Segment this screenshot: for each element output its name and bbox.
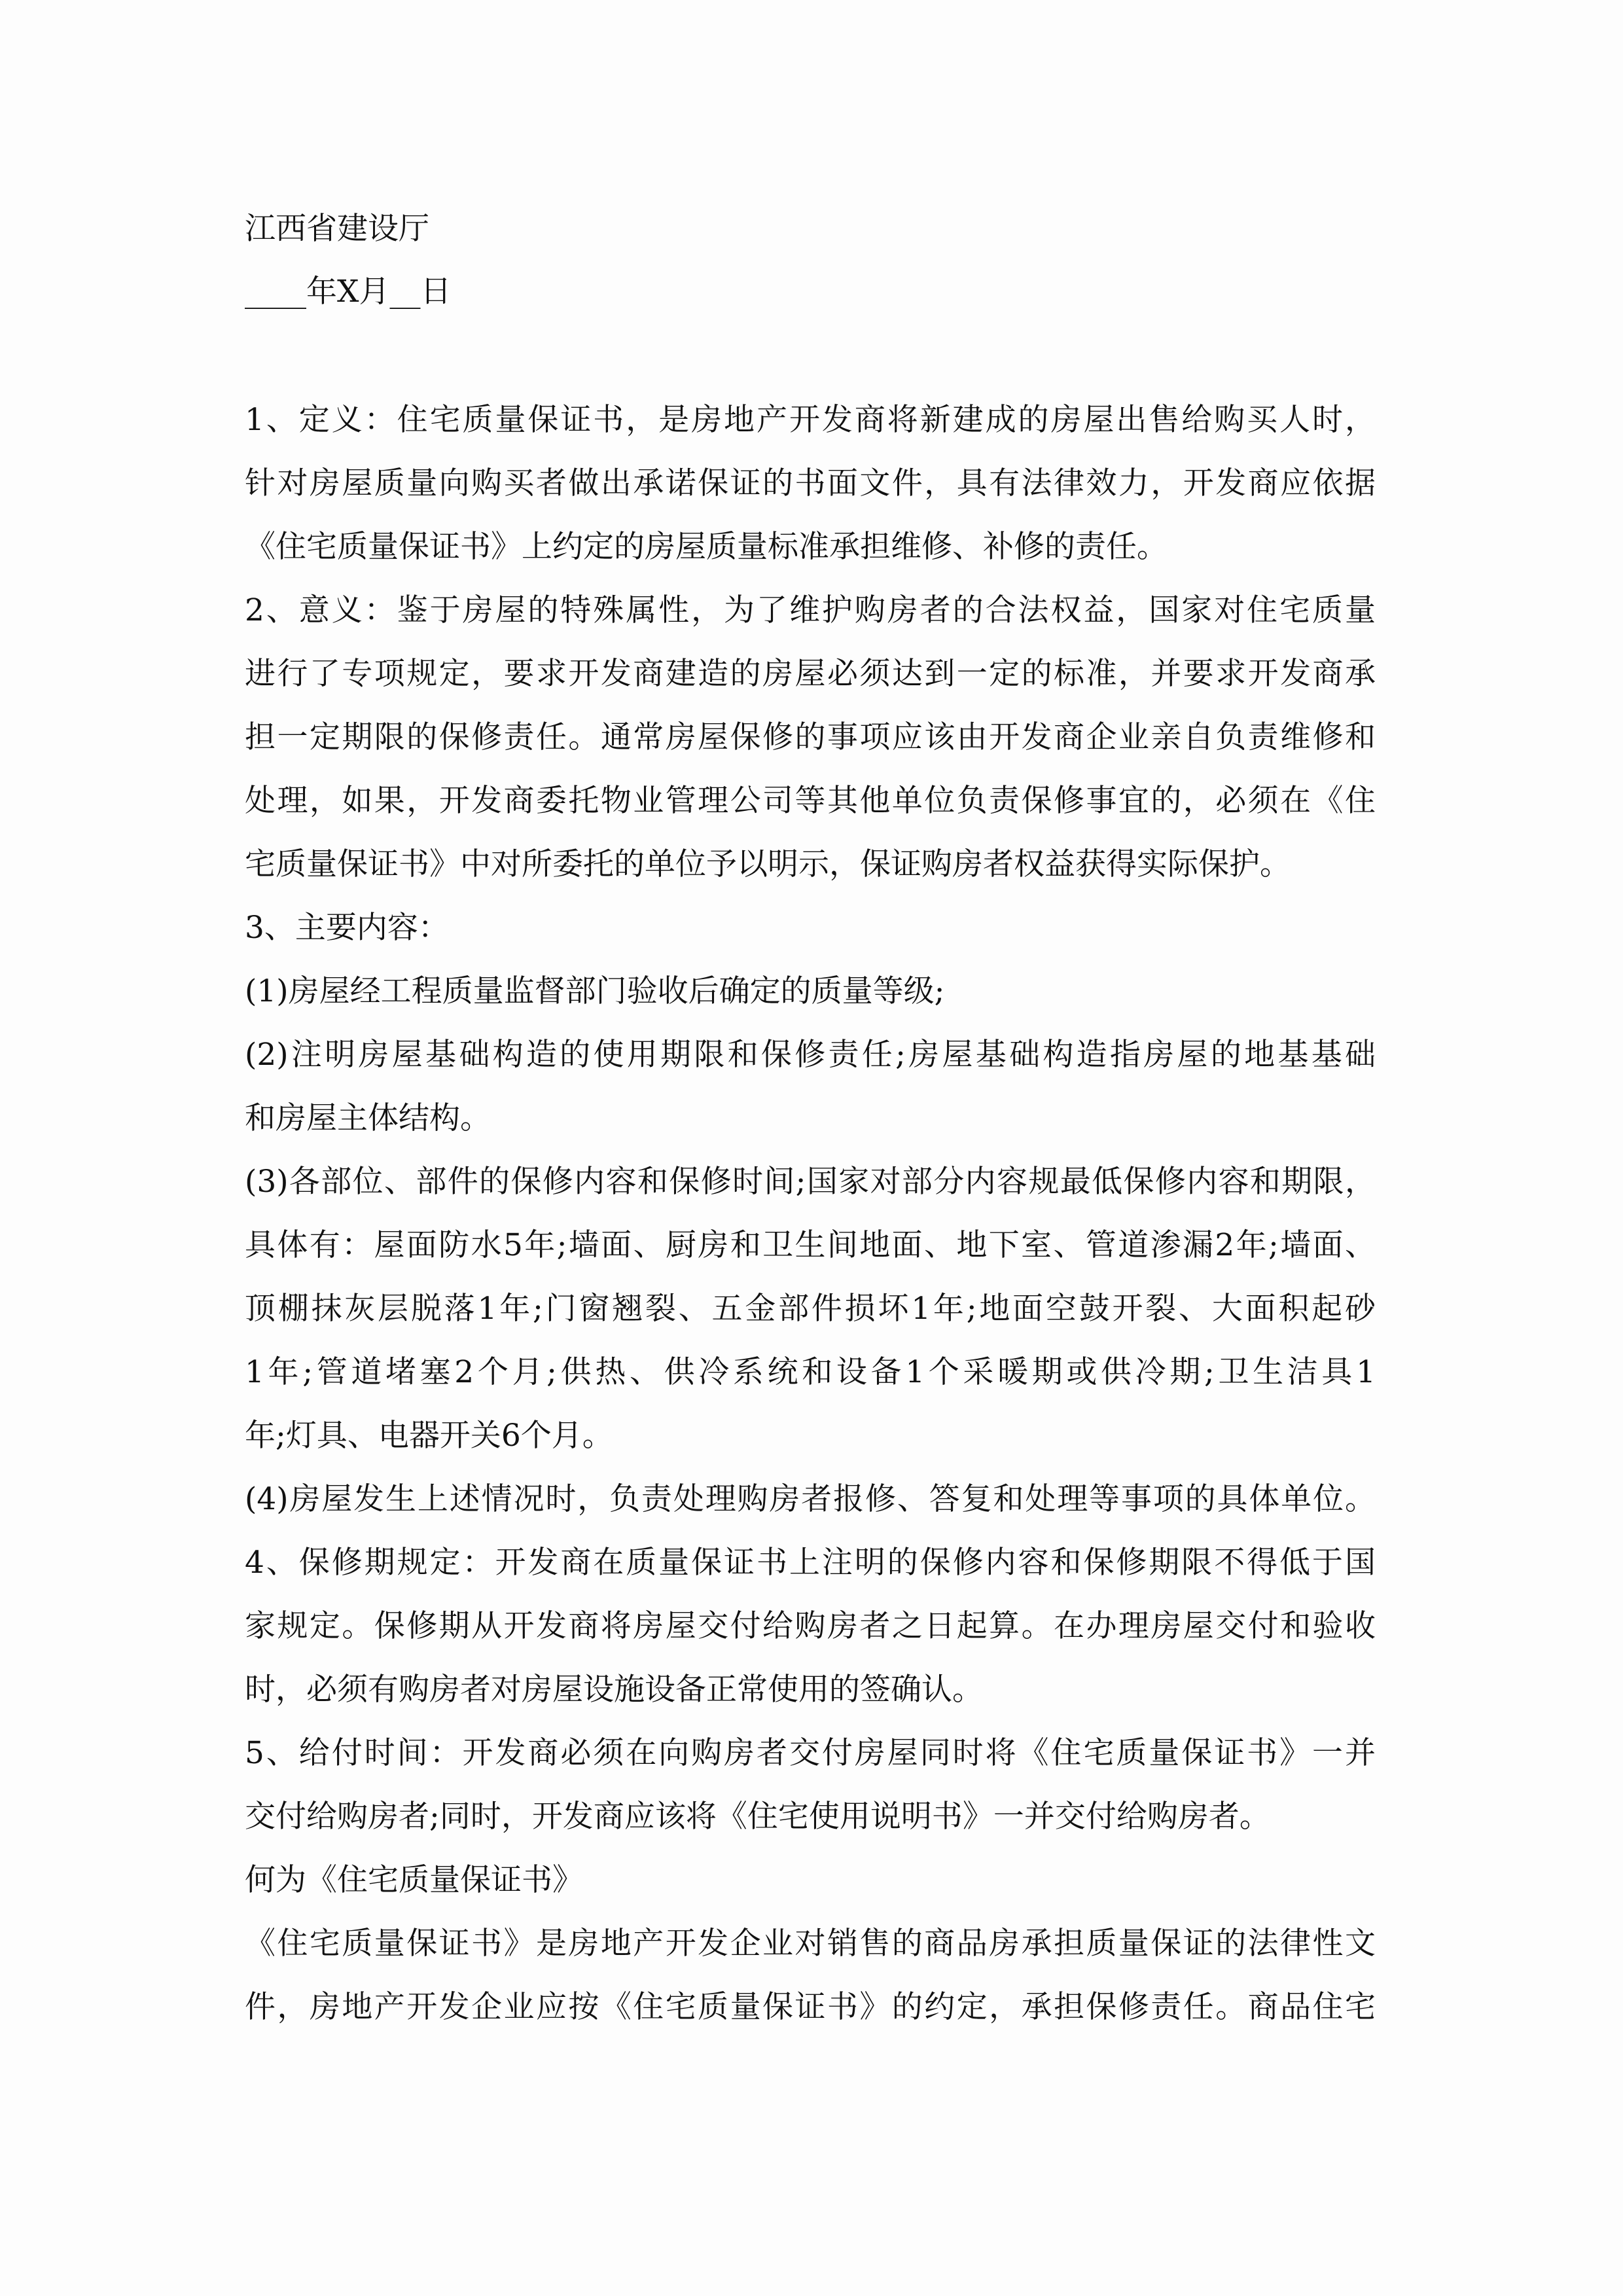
definition-line-2: 针对房屋质量向购买者做出承诺保证的书面文件，具有法律效力，开发商应依据	[245, 465, 1376, 502]
warranty-period-line-1: 4、保修期规定：开发商在质量保证书上注明的保修内容和保修期限不得低于国	[245, 1545, 1376, 1581]
significance-line-1: 2、意义：鉴于房屋的特殊属性，为了维护购房者的合法权益，国家对住宅质量	[245, 592, 1376, 629]
main-content-item-2-line-2: 和房屋主体结构。	[245, 1100, 491, 1137]
significance-line-5: 宅质量保证书》中对所委托的单位予以明示，保证购房者权益获得实际保护。	[245, 846, 1291, 883]
date-line: ____年X月__日	[245, 274, 451, 310]
main-content-item-3-line-4: 1年;管道堵塞2个月;供热、供冷系统和设备1个采暖期或供冷期;卫生洁具1	[245, 1354, 1376, 1391]
what-is-line-2: 件，房地产开发企业应按《住宅质量保证书》的约定，承担保修责任。商品住宅	[245, 1989, 1376, 2026]
definition-line-3: 《住宅质量保证书》上约定的房屋质量标准承担维修、补修的责任。	[245, 529, 1168, 565]
warranty-period-line-3: 时，必须有购房者对房屋设施设备正常使用的签确认。	[245, 1672, 983, 1708]
what-is-heading: 何为《住宅质量保证书》	[245, 1862, 583, 1899]
document-page: 江西省建设厅 ____年X月__日 1、定义：住宅质量保证书，是房地产开发商将新…	[0, 0, 1623, 2296]
main-content-item-2-line-1: (2)注明房屋基础构造的使用期限和保修责任;房屋基础构造指房屋的地基基础	[245, 1037, 1376, 1073]
main-content-item-3-line-3: 顶棚抹灰层脱落1年;门窗翘裂、五金部件损坏1年;地面空鼓开裂、大面积起砂	[245, 1291, 1376, 1327]
significance-line-3: 担一定期限的保修责任。通常房屋保修的事项应该由开发商企业亲自负责维修和	[245, 719, 1376, 756]
main-content-item-3-line-1: (3)各部位、部件的保修内容和保修时间;国家对部分内容规最低保修内容和期限，	[245, 1164, 1376, 1200]
main-content-item-3-line-5: 年;灯具、电器开关6个月。	[245, 1418, 613, 1454]
significance-line-2: 进行了专项规定，要求开发商建造的房屋必须达到一定的标准，并要求开发商承	[245, 656, 1376, 692]
main-content-heading: 3、主要内容：	[245, 910, 449, 946]
definition-line-1: 1、定义：住宅质量保证书，是房地产开发商将新建成的房屋出售给购买人时，	[245, 402, 1376, 439]
warranty-period-line-2: 家规定。保修期从开发商将房屋交付给购房者之日起算。在办理房屋交付和验收	[245, 1608, 1376, 1645]
main-content-item-3-line-2: 具体有：屋面防水5年;墙面、厨房和卫生间地面、地下室、管道渗漏2年;墙面、	[245, 1227, 1376, 1264]
significance-line-4: 处理，如果，开发商委托物业管理公司等其他单位负责保修事宜的，必须在《住	[245, 783, 1376, 819]
issuer-name: 江西省建设厅	[245, 211, 429, 247]
main-content-item-1: (1)房屋经工程质量监督部门验收后确定的质量等级;	[245, 973, 944, 1010]
main-content-item-4: (4)房屋发生上述情况时，负责处理购房者报修、答复和处理等事项的具体单位。	[245, 1481, 1376, 1518]
delivery-time-line-2: 交付给购房者;同时，开发商应该将《住宅使用说明书》一并交付给购房者。	[245, 1799, 1270, 1835]
what-is-line-1: 《住宅质量保证书》是房地产开发企业对销售的商品房承担质量保证的法律性文	[245, 1926, 1376, 1962]
delivery-time-line-1: 5、给付时间：开发商必须在向购房者交付房屋同时将《住宅质量保证书》一并	[245, 1735, 1376, 1772]
